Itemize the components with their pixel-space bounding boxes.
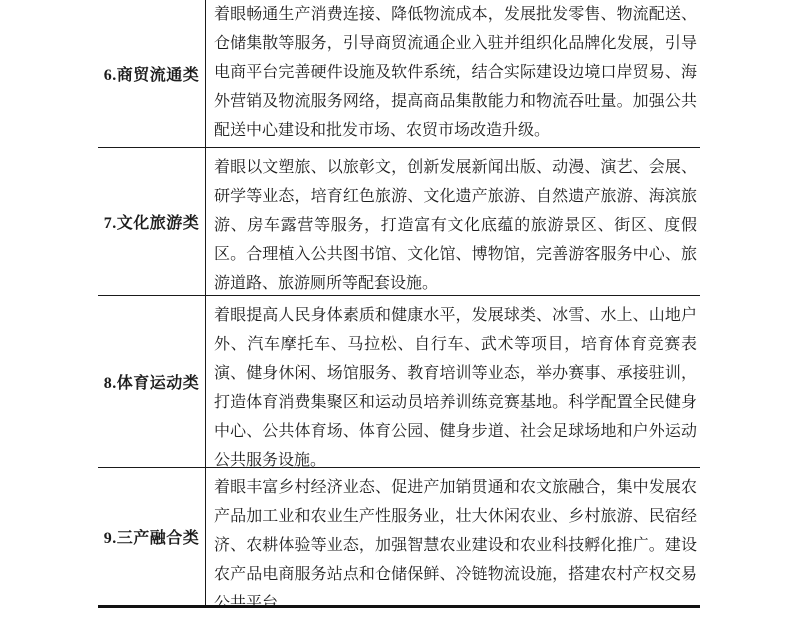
row-text: 着眼以文塑旅、以旅彰文，创新发展新闻出版、动漫、演艺、会展、研学等业态，培育红色… xyxy=(206,148,700,295)
row-label: 9.三产融合类 xyxy=(98,468,206,605)
table-row: 9.三产融合类 着眼丰富乡村经济业态、促进产加销贯通和农文旅融合，集中发展农产品… xyxy=(98,468,700,608)
table-row: 6.商贸流通类 着眼畅通生产消费连接、降低物流成本，发展批发零售、物流配送、仓储… xyxy=(98,0,700,148)
table-row: 8.体育运动类 着眼提高人民身体素质和健康水平，发展球类、冰雪、水上、山地户外、… xyxy=(98,296,700,468)
row-text: 着眼提高人民身体素质和健康水平，发展球类、冰雪、水上、山地户外、汽车摩托车、马拉… xyxy=(206,296,700,467)
document-page: 6.商贸流通类 着眼畅通生产消费连接、降低物流成本，发展批发零售、物流配送、仓储… xyxy=(0,0,795,629)
category-table: 6.商贸流通类 着眼畅通生产消费连接、降低物流成本，发展批发零售、物流配送、仓储… xyxy=(98,0,700,608)
row-label: 7.文化旅游类 xyxy=(98,148,206,295)
row-text: 着眼丰富乡村经济业态、促进产加销贯通和农文旅融合，集中发展农产品加工业和农业生产… xyxy=(206,468,700,605)
table-row: 7.文化旅游类 着眼以文塑旅、以旅彰文，创新发展新闻出版、动漫、演艺、会展、研学… xyxy=(98,148,700,296)
row-label: 6.商贸流通类 xyxy=(98,0,206,147)
row-text: 着眼畅通生产消费连接、降低物流成本，发展批发零售、物流配送、仓储集散等服务，引导… xyxy=(206,0,700,147)
row-label: 8.体育运动类 xyxy=(98,296,206,467)
